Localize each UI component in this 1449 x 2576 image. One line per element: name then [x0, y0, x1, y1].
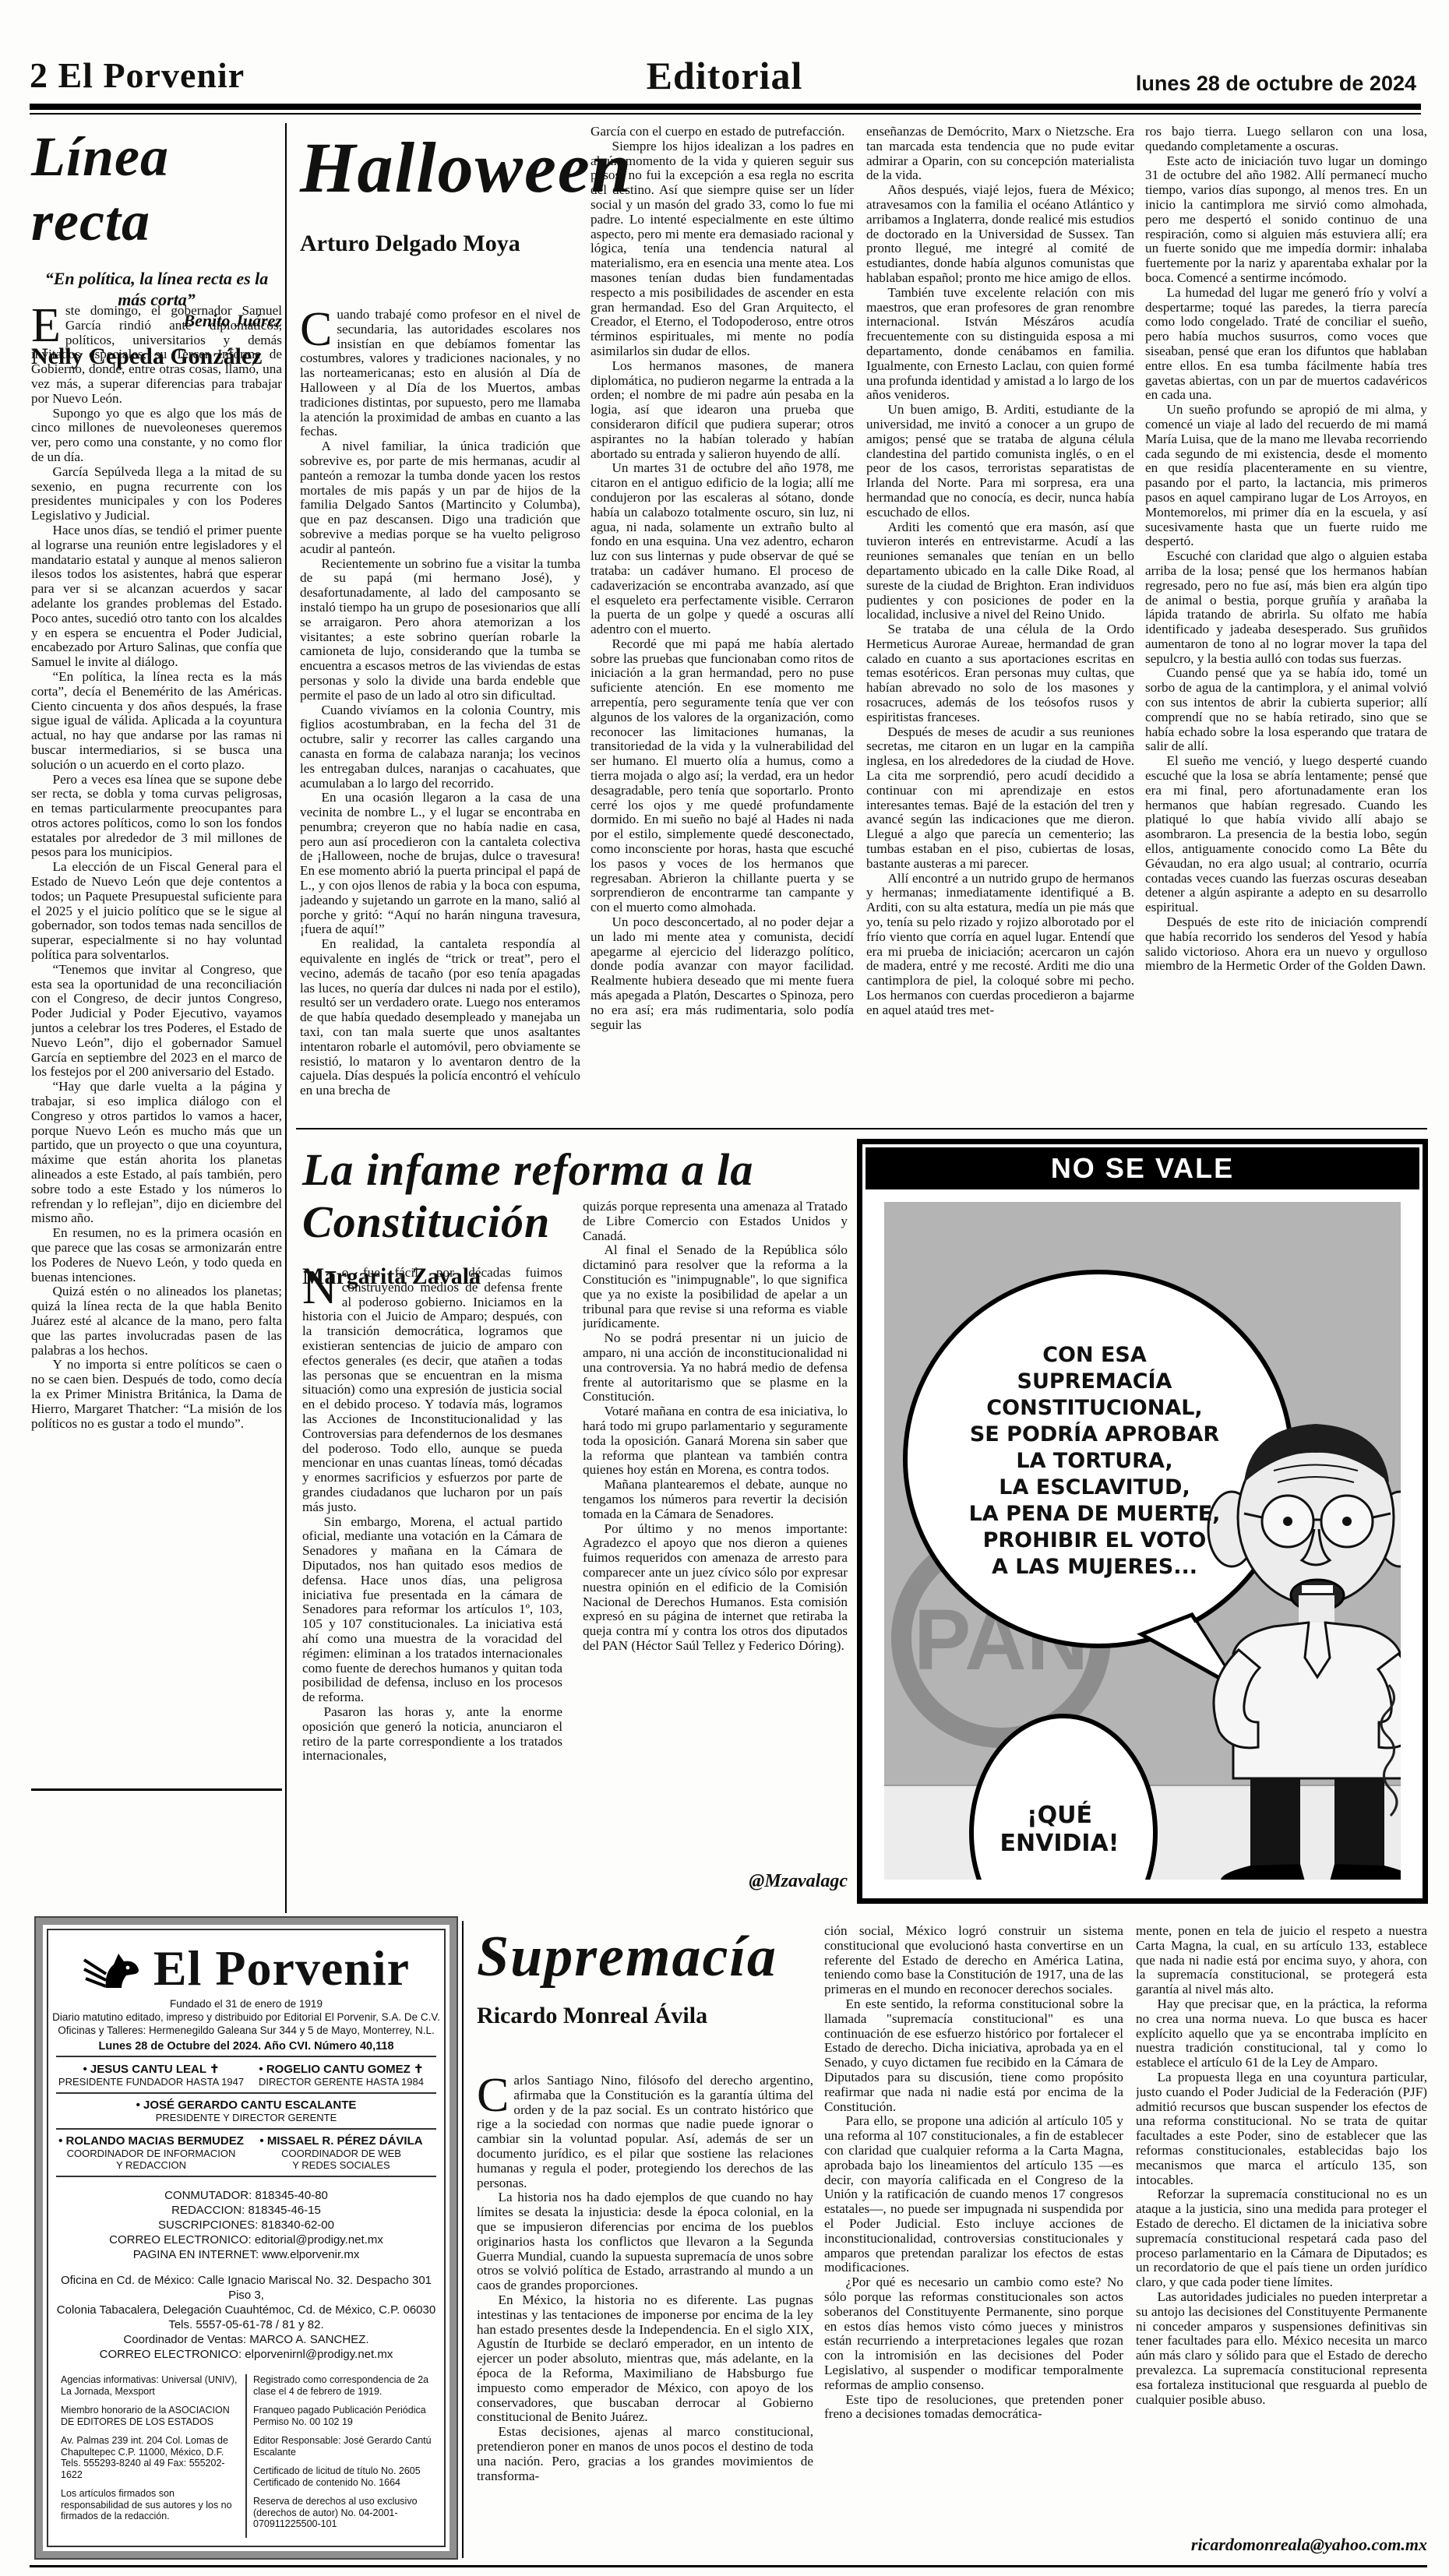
- divider-masthead-supremacia: [462, 1921, 464, 2558]
- horse-logo-icon: [83, 1951, 140, 1991]
- halloween-col-main: Cuando trabajé como profesor en el nivel…: [300, 308, 580, 1124]
- masthead-publisher-lines: Fundado el 31 de enero de 1919 Diario ma…: [48, 1997, 444, 2037]
- page-date: lunes 28 de octubre de 2024: [1136, 72, 1416, 96]
- officer-director-1984: • ROGELIO CANTU GOMEZ ✝ DIRECTOR GERENTE…: [246, 2062, 436, 2088]
- supremacia-email: ricardomonreala@yahoo.com.mx: [1136, 2535, 1427, 2555]
- linea-recta-title: Línea recta: [31, 125, 282, 254]
- halloween-col-b: enseñanzas de Demócrito, Marx o Nietzsch…: [866, 125, 1134, 1125]
- officer-name: • JOSÉ GERARDO CANTU ESCALANTE: [56, 2099, 436, 2112]
- masthead-publisher: Diario matutino editado, impreso y distr…: [48, 2010, 444, 2024]
- cartoon-title: NO SE VALE: [866, 1147, 1419, 1189]
- reforma-signature: @Mzavalagc: [583, 1871, 848, 1892]
- officer-role: COORDINADOR DE WEB Y REDES SOCIALES: [246, 2148, 436, 2171]
- halloween-col-c: ros bajo tierra. Luego sellaron con una …: [1145, 125, 1427, 1125]
- officer-name: • ROGELIO CANTU GOMEZ ✝: [246, 2062, 436, 2076]
- officer-role: PRESIDENTE FUNDADOR HASTA 1947: [56, 2076, 246, 2088]
- officer-role: DIRECTOR GERENTE HASTA 1984: [246, 2076, 436, 2088]
- masthead-notes-right: Registrado como correspondencia de 2a cl…: [247, 2374, 438, 2538]
- supremacia-col-1: Carlos Santiago Nino, filósofo del derec…: [477, 2074, 813, 2558]
- halloween-byline: Arturo Delgado Moya: [300, 231, 580, 257]
- reforma-col-2: quizás porque representa una amenaza al …: [583, 1200, 848, 1912]
- halloween-title: Halloween: [300, 126, 580, 209]
- officer-role: COORDINADOR DE INFORMACION Y REDACCION: [56, 2148, 246, 2171]
- header-rule-thin: [30, 113, 1421, 115]
- officer-founder: • JESUS CANTU LEAL ✝ PRESIDENTE FUNDADOR…: [56, 2062, 246, 2088]
- page-bottom-rule: [30, 2565, 1427, 2567]
- masthead-founded: Fundado el 31 de enero de 1919: [48, 1997, 444, 2010]
- masthead-brand: El Porvenir: [48, 1940, 444, 1997]
- masthead-offices: Oficinas y Talleres: Hermenegildo Galean…: [48, 2024, 444, 2037]
- masthead-box: El Porvenir Fundado el 31 de enero de 19…: [36, 1918, 457, 2558]
- masthead-legal-notes: Agencias informativas: Universal (UNIV),…: [55, 2374, 438, 2538]
- article-halloween: Halloween Arturo Delgado Moya: [300, 126, 580, 257]
- cartoon-bubble-1-text: Con esa supremacía constitucional, se po…: [931, 1342, 1258, 1580]
- reforma-col-1: No fue fácil, por décadas fuimos constru…: [302, 1266, 562, 1912]
- divider-mid-section: [296, 1128, 1427, 1129]
- officer-name: • ROLANDO MACIAS BERMUDEZ: [56, 2134, 246, 2148]
- supremacia-title: Supremacía: [477, 1924, 813, 1990]
- supremacia-byline: Ricardo Monreal Ávila: [477, 2003, 813, 2029]
- header-rule-thick: [30, 104, 1421, 110]
- cartoon-bubble-2-text: ¡Qué envidia!: [970, 1802, 1149, 1858]
- cartoon-scene: PAN: [884, 1202, 1401, 1880]
- divider-left-column: [285, 123, 287, 1913]
- masthead-cdmx-lines: Oficina en Cd. de México: Calle Ignacio …: [48, 2273, 444, 2362]
- officer-information: • ROLANDO MACIAS BERMUDEZ COORDINADOR DE…: [56, 2134, 246, 2171]
- officer-role: PRESIDENTE Y DIRECTOR GERENTE: [56, 2112, 436, 2123]
- officer-name: • JESUS CANTU LEAL ✝: [56, 2062, 246, 2076]
- supremacia-col-3: mente, ponen en tela de juicio el respet…: [1136, 1924, 1427, 2524]
- halloween-col-a: García con el cuerpo en estado de putref…: [591, 125, 854, 1125]
- masthead-officers: • JESUS CANTU LEAL ✝ PRESIDENTE FUNDADOR…: [48, 2057, 444, 2177]
- linea-recta-end-rule: [31, 1788, 282, 1791]
- masthead-notes-left: Agencias informativas: Universal (UNIV),…: [55, 2374, 247, 2538]
- masthead-contact-lines: CONMUTADOR: 818345-40-80REDACCION: 81834…: [48, 2188, 444, 2262]
- article-supremacia: Supremacía Ricardo Monreal Ávila: [477, 1924, 813, 2029]
- officer-web: • MISSAEL R. PÉREZ DÁVILA COORDINADOR DE…: [246, 2134, 436, 2171]
- masthead-brand-text: El Porvenir: [153, 1940, 410, 1996]
- masthead-date-line: Lunes 28 de Octubre del 2024. Año CVI. N…: [56, 2040, 436, 2057]
- linea-recta-body: Este domingo, el gobernador Samuel Garcí…: [31, 304, 282, 1776]
- officer-president: • JOSÉ GERARDO CANTU ESCALANTE PRESIDENT…: [56, 2099, 436, 2123]
- officer-name: • MISSAEL R. PÉREZ DÁVILA: [246, 2134, 436, 2148]
- newspaper-page: 2 El Porvenir Editorial lunes 28 de octu…: [0, 0, 1449, 2576]
- editorial-cartoon: NO SE VALE PAN: [857, 1139, 1428, 1904]
- supremacia-col-2: ción social, México logró construir un s…: [824, 1924, 1123, 2558]
